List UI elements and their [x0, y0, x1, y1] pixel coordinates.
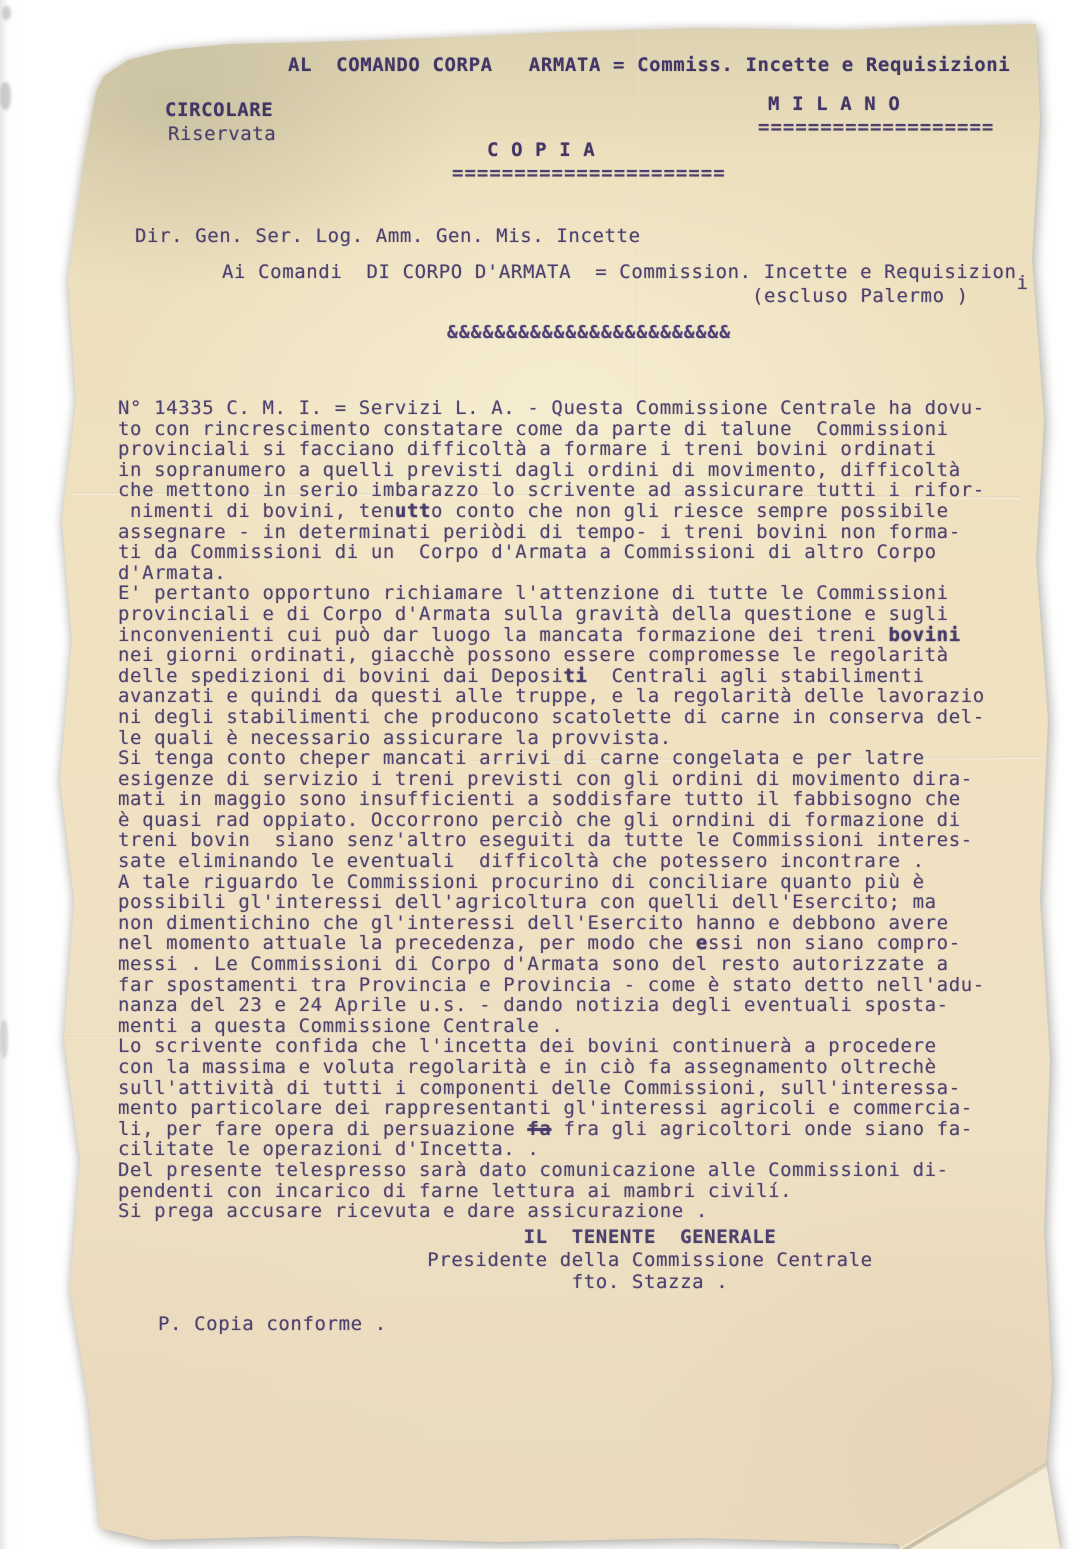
recipient-line-3: (escluso Palermo ) [752, 286, 969, 307]
recipient-line-1: Dir. Gen. Ser. Log. Amm. Gen. Mis. Incet… [135, 226, 641, 247]
body-line: li, per fare opera di persuazione fa fra… [118, 1119, 1038, 1140]
body-line: to con rincrescimento constatare come da… [118, 419, 1038, 440]
body-line: far spostamenti tra Provincia e Provinci… [118, 975, 1038, 996]
city-label: M I L A N O [768, 94, 900, 115]
overtyped-word: bovini [889, 624, 961, 646]
body-line: le quali è necessario assicurare la prov… [118, 728, 1038, 749]
body-line: ti da Commissioni di un Corpo d'Armata a… [118, 542, 1038, 563]
recipient-line-2-text: Ai Comandi DI CORPO D'ARMATA = Commissio… [222, 261, 1017, 283]
body-line: Si prega accusare ricevuta e dare assicu… [118, 1201, 1038, 1222]
paper-crease [636, 26, 639, 406]
overtyped-word: utt [395, 500, 431, 522]
body-line: nanza del 23 e 24 Aprile u.s. - dando no… [118, 995, 1038, 1016]
circolare-label: CIRCOLARE [165, 100, 273, 121]
body-line: pendenti con incarico di farne lettura a… [118, 1181, 1038, 1202]
scanner-background: AL COMANDO CORPA ARMATA = Commiss. Incet… [0, 0, 1081, 1549]
signature-title: IL TENENTE GENERALE [410, 1226, 890, 1249]
paper-sheet: AL COMANDO CORPA ARMATA = Commiss. Incet… [0, 0, 1081, 1549]
body-line: E' pertanto opportuno richiamare l'atten… [118, 583, 1038, 604]
body-line: assegnare - in determinati periòdi di te… [118, 522, 1038, 543]
body-line: messi . Le Commissioni di Corpo d'Armata… [118, 954, 1038, 975]
body-line: provinciali si facciano difficoltà a for… [118, 439, 1038, 460]
body-line: possibili gl'interessi dell'agricoltura … [118, 892, 1038, 913]
struck-word: fa [527, 1118, 551, 1140]
body-line: delle spedizioni di bovini dai Depositi … [118, 666, 1038, 687]
body-line: menti a questa Commissione Centrale . [118, 1016, 1038, 1037]
addressee-header: AL COMANDO CORPA ARMATA = Commiss. Incet… [288, 55, 1010, 76]
recipient-line-2: Ai Comandi DI CORPO D'ARMATA = Commissio… [222, 262, 1029, 283]
body-line: che mettono in serio imbarazzo lo scrive… [118, 480, 1038, 501]
body-line: inconvenienti cui può dar luogo la manca… [118, 625, 1038, 646]
body-line: d'Armata. [118, 563, 1038, 584]
overtyped-word: ti [563, 665, 587, 687]
body-line: Si tenga conto cheper mancati arrivi di … [118, 748, 1038, 769]
signature-name: fto. Stazza . [410, 1271, 890, 1294]
body-line: è quasi rad oppiato. Occorrono perciò ch… [118, 810, 1038, 831]
body-line: mati in maggio sono insufficienti a sodd… [118, 789, 1038, 810]
body-line: avanzati e quindi da questi alle truppe,… [118, 686, 1038, 707]
city-underline: =================== [758, 117, 994, 138]
body-line: A tale riguardo le Commissioni procurino… [118, 872, 1038, 893]
document-page: AL COMANDO CORPA ARMATA = Commiss. Incet… [0, 0, 1081, 1549]
body-line: nimenti di bovini, tenutto conto che non… [118, 501, 1038, 522]
body-line: N° 14335 C. M. I. = Servizi L. A. - Ques… [118, 398, 1038, 419]
body-line: non dimentichino che gl'interessi dell'E… [118, 913, 1038, 934]
copy-label: C O P I A [487, 140, 595, 161]
ornament-divider: &&&&&&&&&&&&&&&&&&&&&&&& [447, 322, 731, 343]
riservata-label: Riservata [168, 124, 276, 145]
body-line: esigenze di servizio i treni previsti co… [118, 769, 1038, 790]
overtyped-word: e [696, 932, 708, 954]
body-line: cilitate le operazioni d'Incetta. . [118, 1139, 1038, 1160]
signature-block: IL TENENTE GENERALE Presidente della Com… [410, 1226, 890, 1294]
copy-certification: P. Copia conforme . [158, 1314, 387, 1335]
body-line: provinciali e di Corpo d'Armata sulla gr… [118, 604, 1038, 625]
body-line: Lo scrivente confida che l'incetta dei b… [118, 1036, 1038, 1057]
body-line: con la massima e voluta regolarità e in … [118, 1057, 1038, 1078]
body-line: in sopranumero a quelli previsti dagli o… [118, 460, 1038, 481]
copy-underline: ====================== [452, 163, 726, 184]
body-line: sate eliminando le eventuali difficoltà … [118, 851, 1038, 872]
dropped-letter: i [1017, 272, 1029, 294]
body-line: Del presente telespresso sarà dato comun… [118, 1160, 1038, 1181]
body-line: treni bovin siano senz'altro eseguiti da… [118, 830, 1038, 851]
signature-role: Presidente della Commissione Centrale [410, 1249, 890, 1272]
body-line: nei giorni ordinati, giacchè possono ess… [118, 645, 1038, 666]
body-text: N° 14335 C. M. I. = Servizi L. A. - Ques… [118, 398, 1038, 1222]
body-line: sull'attività di tutti i componenti dell… [118, 1078, 1038, 1099]
body-line: mento particolare dei rappresentanti gl'… [118, 1098, 1038, 1119]
body-line: ni degli stabilimenti che producono scat… [118, 707, 1038, 728]
body-line: nel momento attuale la precedenza, per m… [118, 933, 1038, 954]
